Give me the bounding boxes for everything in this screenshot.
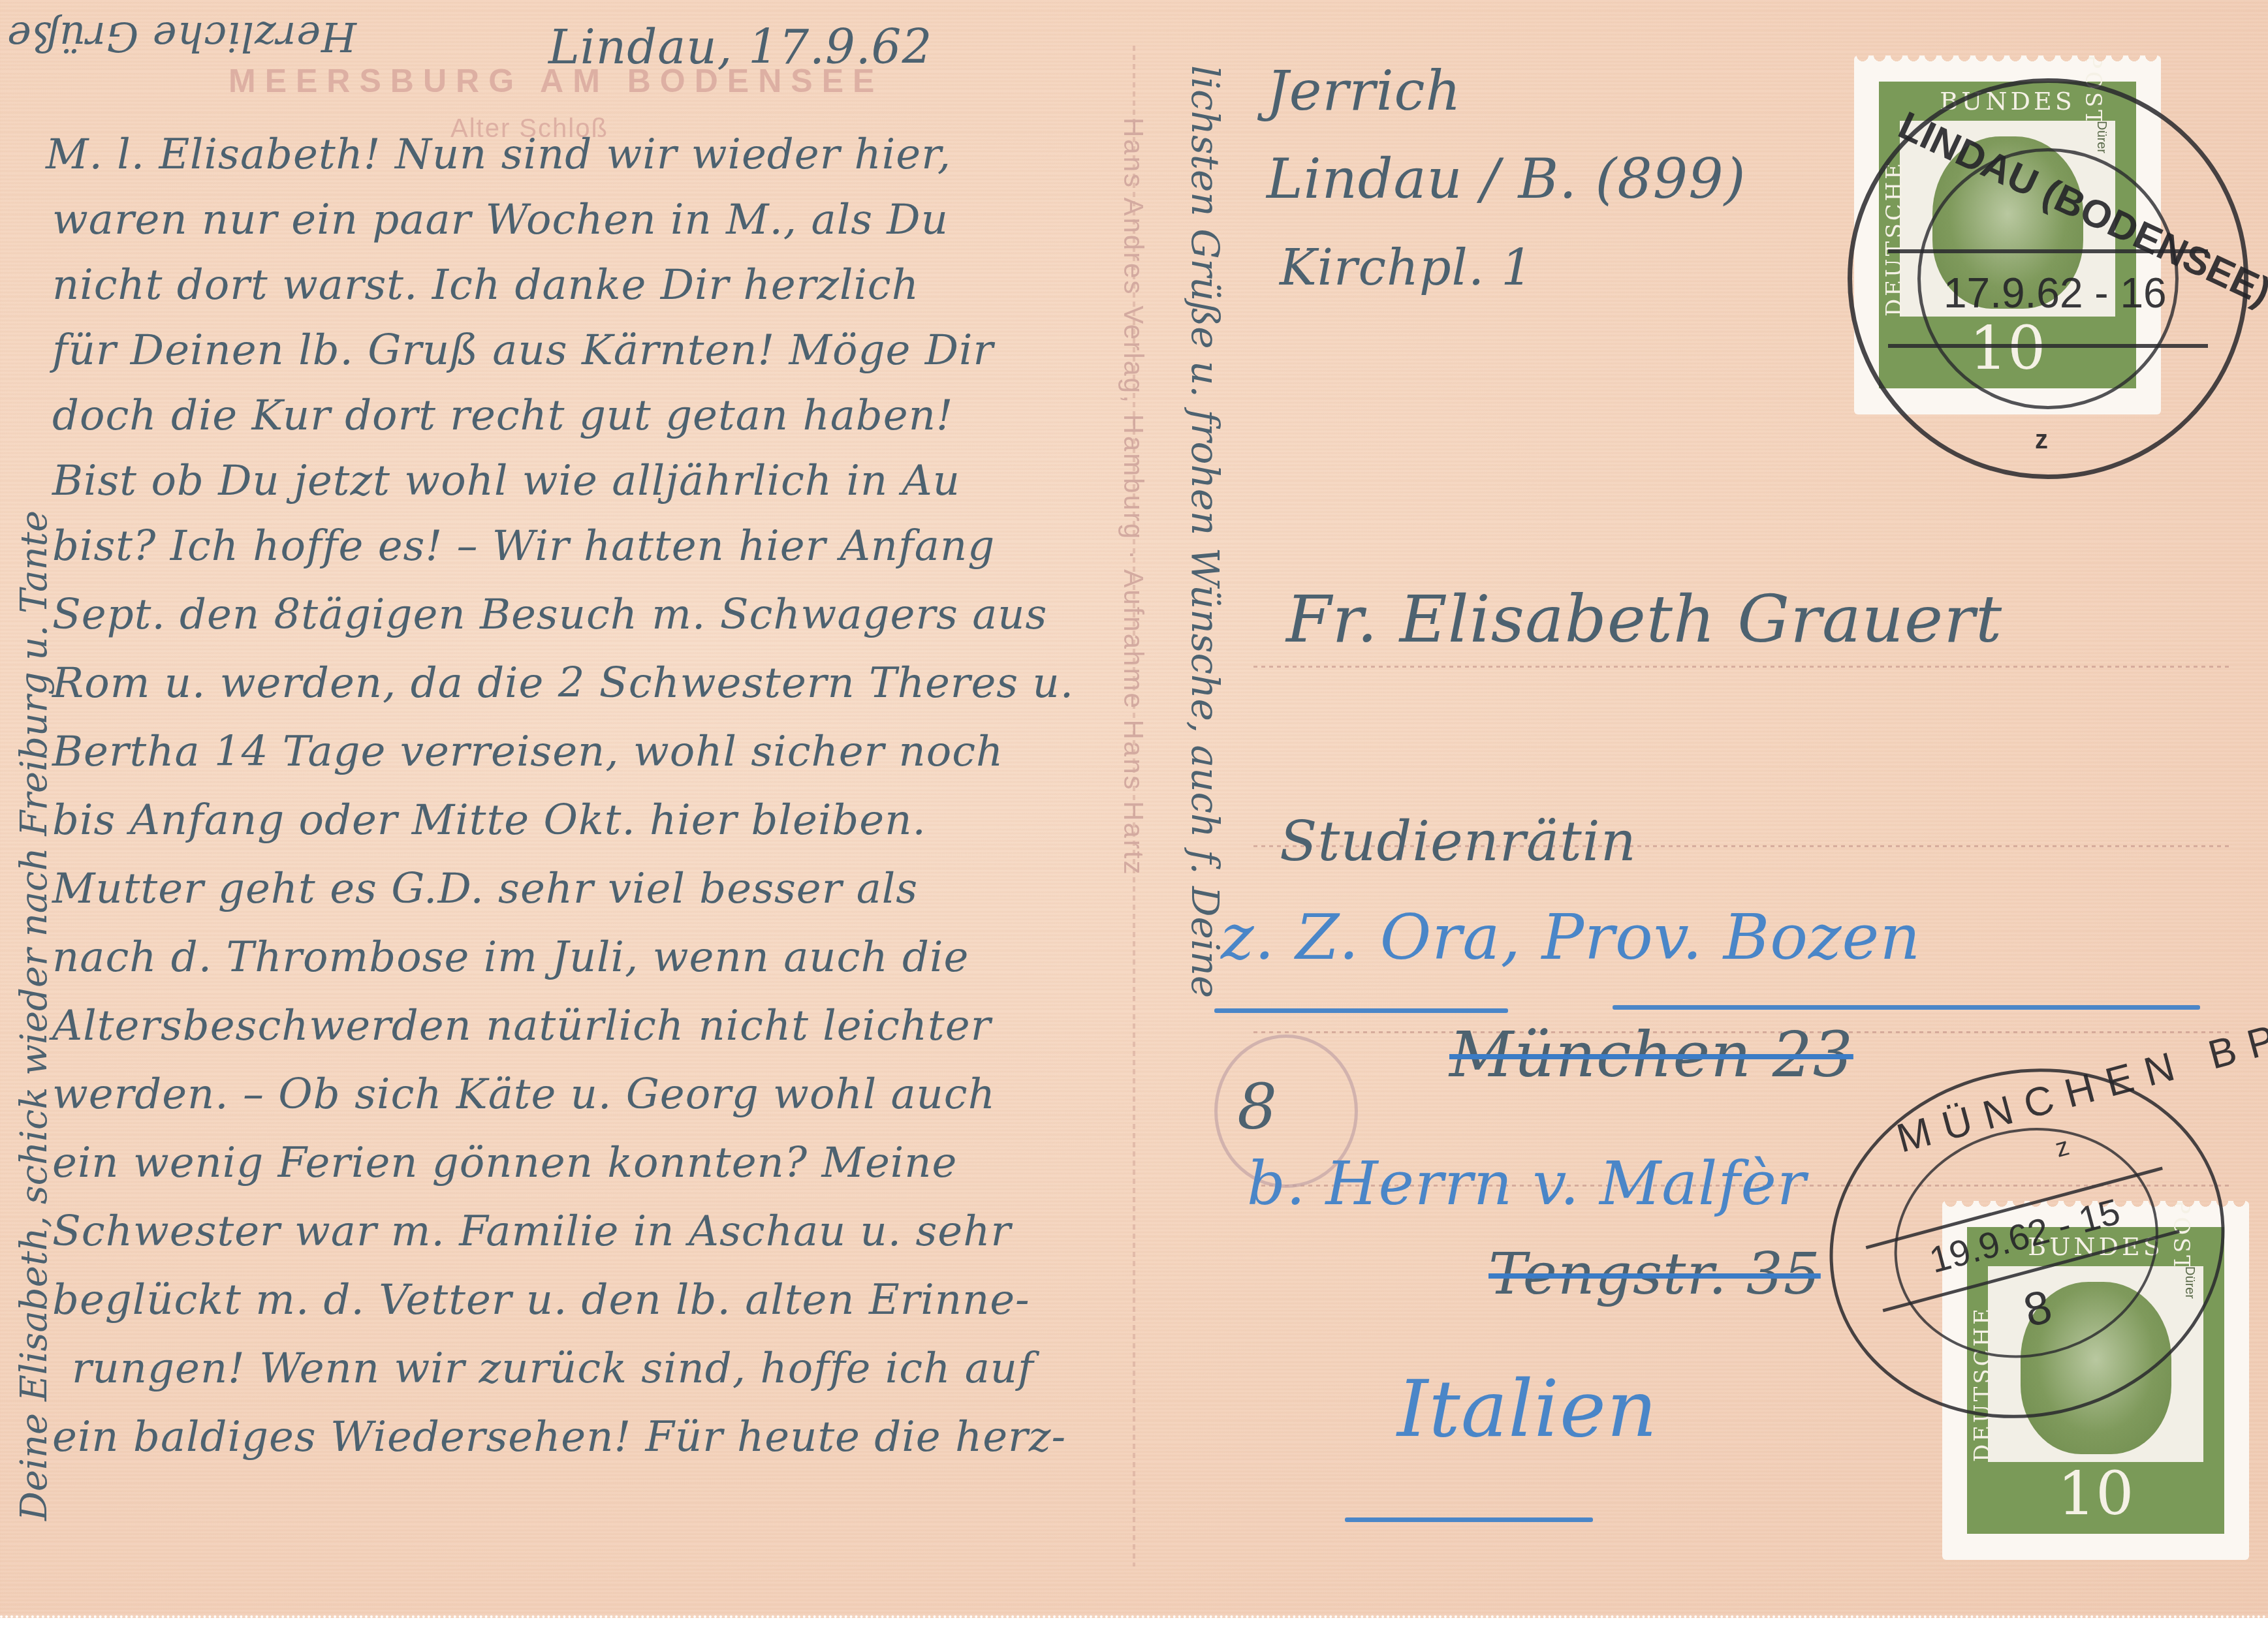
- recipient-country: Italien: [1397, 1364, 1658, 1455]
- letter-line: Rom u. werden, da die 2 Schwestern There…: [52, 659, 1074, 708]
- struck-street: Tengstr. 35: [1488, 1240, 1821, 1307]
- recipient-name: Fr. Elisabeth Grauert: [1286, 581, 2002, 657]
- postcard: MEERSBURG AM BODENSEE Alter Schloß Hans …: [0, 0, 2268, 1618]
- letter-line: M. l. Elisabeth! Nun sind wir wieder hie…: [46, 131, 951, 179]
- letter-line: doch die Kur dort recht gut getan haben!: [52, 392, 954, 440]
- letter-line: bist? Ich hoffe es! – Wir hatten hier An…: [52, 522, 995, 570]
- recipient-title: Studienrätin: [1280, 809, 1637, 873]
- struck-city: München 23: [1449, 1018, 1853, 1091]
- sender-street: Kirchpl. 1: [1280, 238, 1534, 296]
- postmark-bar: [1888, 249, 2208, 253]
- letter-line: Altersbeschwerden natürlich nicht leicht…: [52, 1002, 991, 1050]
- letter-line: waren nur ein paar Wochen in M., als Du: [52, 196, 949, 244]
- letter-line: rungen! Wenn wir zurück sind, hoffe ich …: [72, 1345, 1034, 1393]
- forwarding-host: b. Herrn v. Malfèr: [1247, 1149, 1806, 1219]
- postmark-bottom: z: [2035, 426, 2048, 455]
- underline: [1364, 1008, 1469, 1013]
- left-margin-text: Deine Elisabeth, schick wieder nach Frei…: [13, 510, 55, 1521]
- circle-mark: 8: [1237, 1070, 1278, 1143]
- letter-line: bis Anfang oder Mitte Okt. hier bleiben.: [52, 796, 926, 845]
- letter-line: Bist ob Du jetzt wohl wie alljährlich in…: [52, 457, 960, 505]
- underline: [1345, 1517, 1593, 1522]
- sender-city: Lindau / B. (899): [1267, 147, 1746, 211]
- address-line: [1253, 666, 2233, 668]
- place-date: Lindau, 17.9.62: [548, 20, 932, 74]
- letter-line: Sept. den 8tägigen Besuch m. Schwagers a…: [52, 591, 1047, 639]
- letter-line: Schwester war m. Familie in Aschau u. se…: [52, 1207, 1011, 1256]
- letter-line: nach d. Thrombose im Juli, wenn auch die: [52, 933, 969, 982]
- letter-line: ein baldiges Wiedersehen! Für heute die …: [52, 1413, 1066, 1461]
- letter-line: beglückt m. d. Vetter u. den lb. alten E…: [52, 1276, 1030, 1324]
- underline: [1613, 1005, 2200, 1010]
- sender-name: Jerrich: [1267, 59, 1462, 123]
- vertical-closing: lichsten Grüße u. frohen Wünsche, auch f…: [1183, 65, 1227, 998]
- forwarding-address: z. Z. Ora, Prov. Bozen: [1221, 901, 1921, 974]
- postmark-lindau: LINDAU (BODENSEE) 1 17.9.62 - 16 z: [1848, 78, 2248, 479]
- postmark-bar: [1888, 344, 2208, 348]
- letter-line: ein wenig Ferien gönnen konnten? Meine: [52, 1139, 957, 1187]
- stamp-value: 10: [1942, 1459, 2249, 1529]
- top-left-note: Herzliche Grüße: [7, 13, 356, 61]
- letter-line: nicht dort warst. Ich danke Dir herzlich: [52, 261, 919, 309]
- letter-line: Bertha 14 Tage verreisen, wohl sicher no…: [52, 728, 1003, 776]
- publisher-credit: Hans Andres Verlag, Hamburg · Aufnahme H…: [1118, 117, 1149, 1031]
- postmark-date: 17.9.62 - 16: [1944, 269, 2167, 317]
- letter-line: Mutter geht es G.D. sehr viel besser als: [52, 865, 918, 913]
- letter-line: für Deinen lb. Gruß aus Kärnten! Möge Di…: [52, 326, 994, 375]
- letter-line: werden. – Ob sich Käte u. Georg wohl auc…: [52, 1070, 996, 1119]
